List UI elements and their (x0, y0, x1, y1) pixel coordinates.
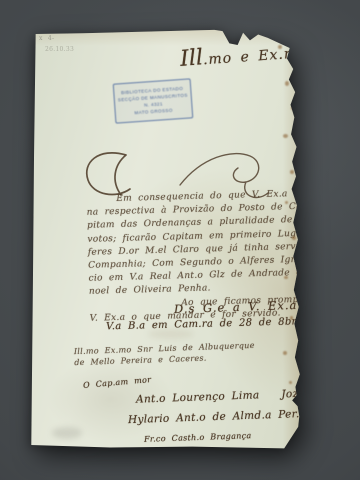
photo-backdrop: x 4- 26.10.33 Ill.mo e Ex.mo Snr. BIBLIO… (0, 0, 360, 480)
signer-title: O Cap.am mor (83, 375, 152, 390)
archive-stamp: BIBLIOTECA DO ESTADO SECÇÃO DE MANUSCRIT… (113, 78, 194, 123)
salutation-rest: .mo e Ex.mo Snr. (203, 42, 349, 68)
foxing-spot (290, 316, 293, 320)
rust-spot (29, 31, 34, 38)
manuscript-page: x 4- 26.10.33 Ill.mo e Ex.mo Snr. BIBLIO… (28, 29, 302, 450)
foxing-spot (283, 351, 287, 355)
foxing-spot (278, 45, 282, 49)
pencil-annotation: x 4- (39, 35, 54, 42)
signature: Joze de Souza Pinto (281, 384, 360, 400)
signature-row: Ant.o Lourenço LimaJoze de Souza Pinto (136, 384, 360, 405)
foxing-spot (285, 201, 288, 204)
signature: Hylario Ant.o de Almd.a Per.a (128, 408, 306, 426)
foxing-spot (289, 58, 292, 61)
signature: Ant.o Lourenço Lima (136, 389, 260, 405)
salutation-initial: Ill (179, 45, 203, 72)
smudge-stain (52, 427, 82, 439)
paper-sheet: x 4- 26.10.33 Ill.mo e Ex.mo Snr. BIBLIO… (28, 29, 302, 450)
stamp-line: MATO GROSSO (134, 107, 173, 115)
foxing-spot (290, 170, 294, 174)
signature: Fr.co Casth.o Bragança (144, 431, 252, 444)
foxing-spot (284, 276, 288, 279)
pencil-catalog-code: 26.10.33 (45, 46, 74, 53)
addressee-block: Ill.mo Ex.mo Snr Luis de Albuquerque de … (74, 340, 256, 368)
foxing-spot (283, 134, 288, 138)
foxing-spot (291, 106, 294, 110)
foxing-spot (289, 381, 292, 384)
stamp-line: N. 4321 (144, 101, 163, 108)
foxing-spot (292, 236, 296, 240)
foxing-spot (285, 81, 289, 86)
salutation-line: Ill.mo e Ex.mo Snr. (179, 35, 348, 72)
smudge-stain (148, 329, 194, 339)
